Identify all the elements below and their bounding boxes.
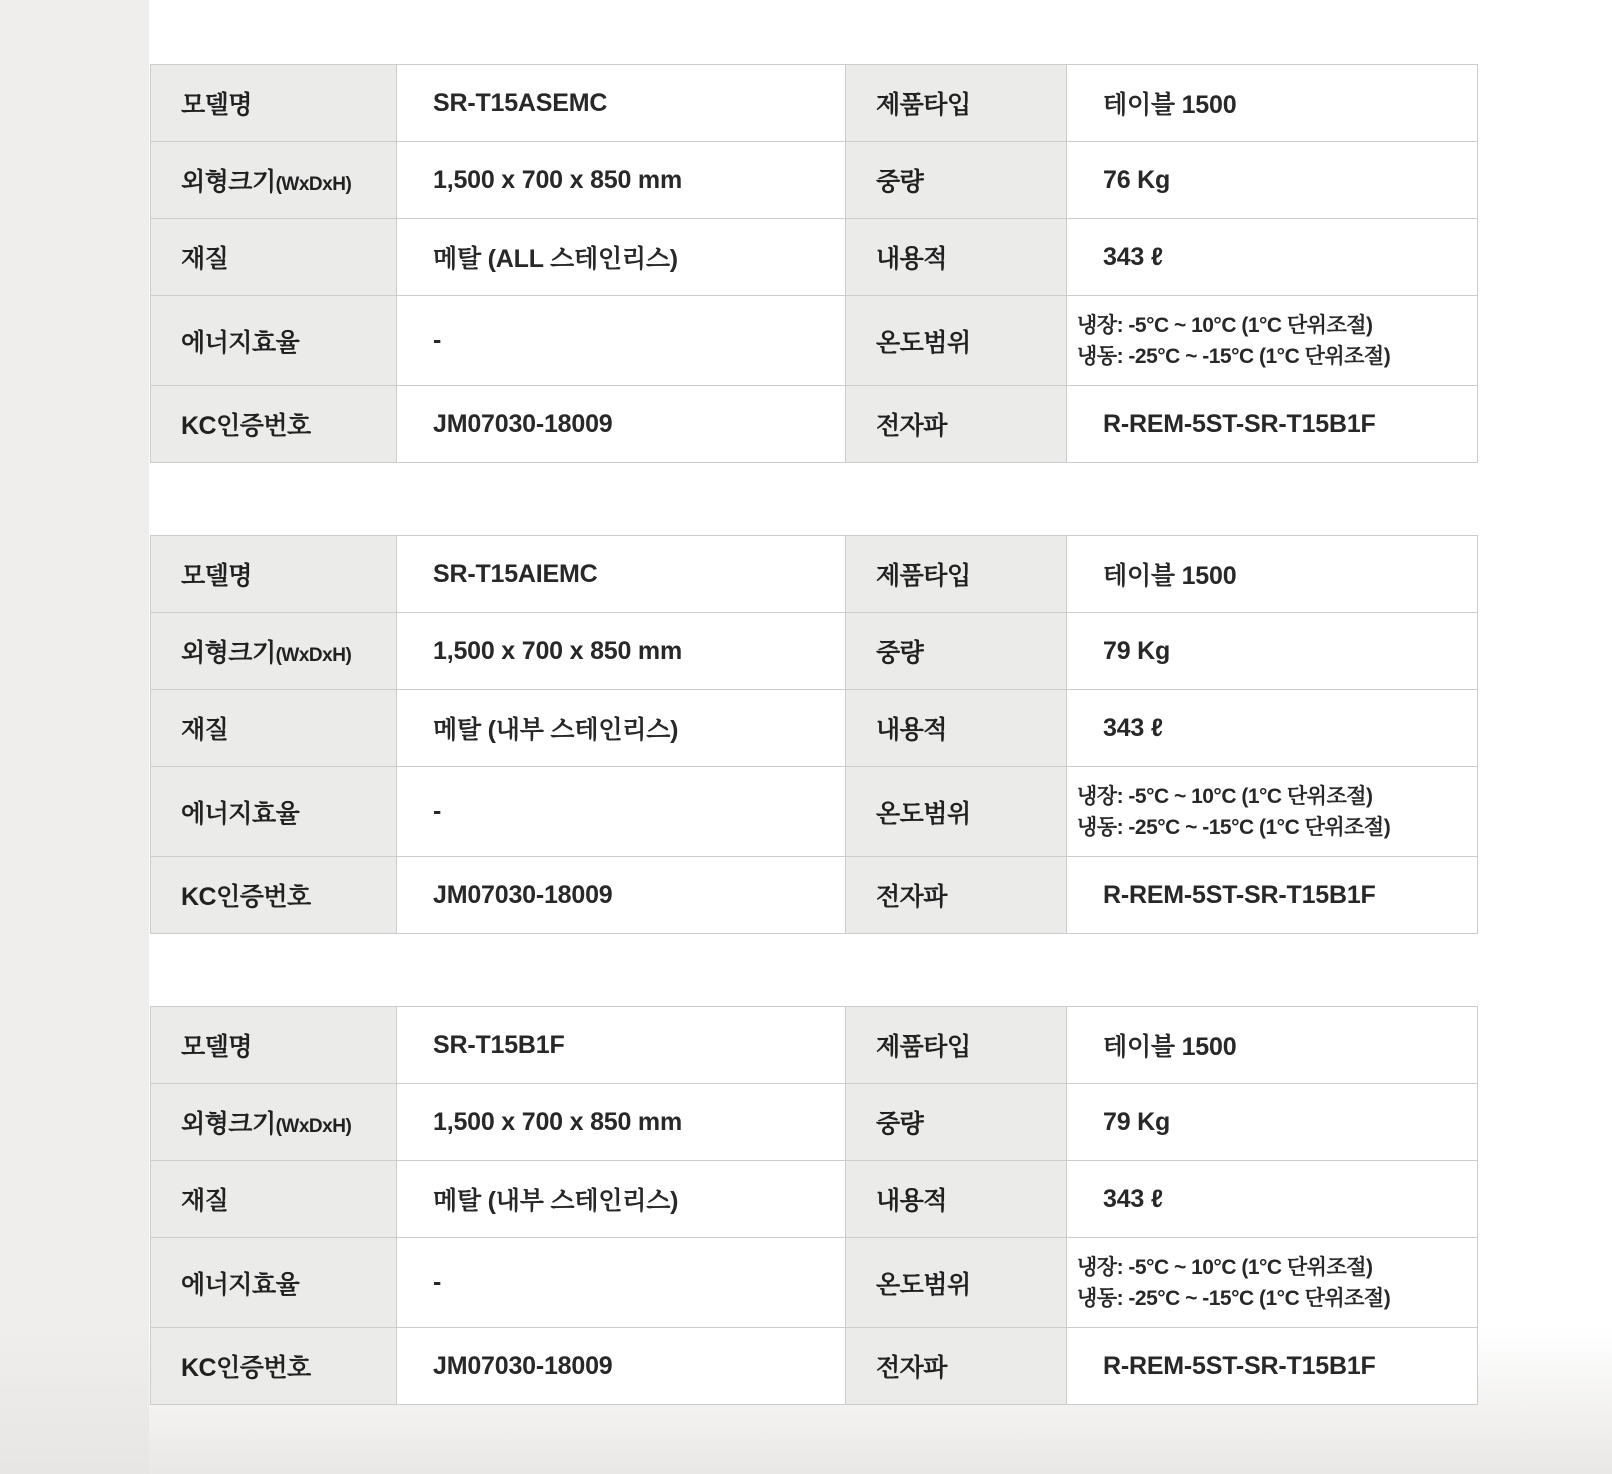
- row-label: KC인증번호: [181, 883, 311, 911]
- spec-label-cell: 모델명: [151, 1007, 397, 1084]
- spec-value-cell: 1,500 x 700 x 850 mm: [397, 142, 846, 219]
- spec-row: 재질메탈 (ALL 스테인리스)내용적343 ℓ: [151, 219, 1478, 296]
- spec-row: 재질메탈 (내부 스테인리스)내용적343 ℓ: [151, 1161, 1478, 1238]
- spec-table: 모델명SR-T15ASEMC제품타입테이블 1500외형크기(WxDxH)1,5…: [150, 64, 1478, 463]
- row-label: 전자파: [876, 412, 947, 440]
- spec-label-cell: KC인증번호: [151, 386, 397, 463]
- row-label: KC인증번호: [181, 412, 311, 440]
- spec-value-cell: 테이블 1500: [1067, 536, 1478, 613]
- spec-label-cell: 중량: [846, 1084, 1067, 1161]
- row-label: 제품타입: [876, 91, 971, 119]
- row-label-note: (WxDxH): [276, 1116, 352, 1137]
- row-label: 재질: [181, 716, 228, 744]
- spec-value-cell: -: [397, 767, 846, 857]
- spec-label-cell: 재질: [151, 690, 397, 767]
- row-label: 전자파: [876, 1354, 947, 1382]
- spec-row: 외형크기(WxDxH)1,500 x 700 x 850 mm중량76 Kg: [151, 142, 1478, 219]
- row-label: 온도범위: [876, 1271, 971, 1299]
- spec-label-cell: 에너지효율: [151, 296, 397, 386]
- spec-value-cell: 1,500 x 700 x 850 mm: [397, 1084, 846, 1161]
- spec-value-cell: 테이블 1500: [1067, 1007, 1478, 1084]
- row-label: 제품타입: [876, 562, 971, 590]
- spec-value-cell: 메탈 (내부 스테인리스): [397, 690, 846, 767]
- row-label: 중량: [876, 1110, 923, 1138]
- spec-value-cell: 메탈 (내부 스테인리스): [397, 1161, 846, 1238]
- spec-label-cell: 에너지효율: [151, 1238, 397, 1328]
- spec-label-cell: 재질: [151, 219, 397, 296]
- row-label: 에너지효율: [181, 1271, 299, 1299]
- spec-row: 에너지효율-온도범위냉장: -5°C ~ 10°C (1°C 단위조절)냉동: …: [151, 1238, 1478, 1328]
- row-label: 재질: [181, 245, 228, 273]
- spec-label-cell: 내용적: [846, 219, 1067, 296]
- spec-value-cell: 메탈 (ALL 스테인리스): [397, 219, 846, 296]
- page-background: { "colors": { "label_cell_bg": "#ebebea"…: [0, 0, 1612, 1474]
- spec-value-cell: JM07030-18009: [397, 1328, 846, 1405]
- spec-value-cell: 343 ℓ: [1067, 219, 1478, 296]
- spec-table: 모델명SR-T15AIEMC제품타입테이블 1500외형크기(WxDxH)1,5…: [150, 535, 1478, 934]
- row-label: 내용적: [876, 245, 947, 273]
- row-label-note: (WxDxH): [276, 174, 352, 195]
- spec-label-cell: 온도범위: [846, 1238, 1067, 1328]
- row-label: 온도범위: [876, 329, 971, 357]
- row-label: 모델명: [181, 1033, 252, 1061]
- row-label: 모델명: [181, 562, 252, 590]
- spec-row: 에너지효율-온도범위냉장: -5°C ~ 10°C (1°C 단위조절)냉동: …: [151, 767, 1478, 857]
- spec-value-cell: JM07030-18009: [397, 857, 846, 934]
- spec-row: 모델명SR-T15B1F제품타입테이블 1500: [151, 1007, 1478, 1084]
- spec-value-cell: 79 Kg: [1067, 1084, 1478, 1161]
- spec-value-cell: R-REM-5ST-SR-T15B1F: [1067, 386, 1478, 463]
- row-label: KC인증번호: [181, 1354, 311, 1382]
- spec-value-cell: 냉장: -5°C ~ 10°C (1°C 단위조절)냉동: -25°C ~ -1…: [1067, 767, 1478, 857]
- row-label: 외형크기: [181, 1110, 276, 1138]
- spec-value-cell: R-REM-5ST-SR-T15B1F: [1067, 1328, 1478, 1405]
- spec-row: 외형크기(WxDxH)1,500 x 700 x 850 mm중량79 Kg: [151, 1084, 1478, 1161]
- temp-range-line: 냉장: -5°C ~ 10°C (1°C 단위조절): [1077, 1252, 1469, 1283]
- spec-label-cell: 제품타입: [846, 65, 1067, 142]
- spec-value-cell: 79 Kg: [1067, 613, 1478, 690]
- row-label: 제품타입: [876, 1033, 971, 1061]
- temp-range-line: 냉동: -25°C ~ -15°C (1°C 단위조절): [1077, 812, 1469, 843]
- row-label: 전자파: [876, 883, 947, 911]
- spec-table: 모델명SR-T15B1F제품타입테이블 1500외형크기(WxDxH)1,500…: [150, 1006, 1478, 1405]
- spec-label-cell: 중량: [846, 613, 1067, 690]
- row-label: 외형크기: [181, 639, 276, 667]
- spec-value-cell: SR-T15AIEMC: [397, 536, 846, 613]
- spec-label-cell: 내용적: [846, 1161, 1067, 1238]
- spec-value-cell: 76 Kg: [1067, 142, 1478, 219]
- row-label: 외형크기: [181, 168, 276, 196]
- spec-label-cell: 온도범위: [846, 767, 1067, 857]
- spec-value-cell: 1,500 x 700 x 850 mm: [397, 613, 846, 690]
- spec-label-cell: 중량: [846, 142, 1067, 219]
- spec-value-cell: 테이블 1500: [1067, 65, 1478, 142]
- spec-row: KC인증번호JM07030-18009전자파R-REM-5ST-SR-T15B1…: [151, 1328, 1478, 1405]
- row-label: 재질: [181, 1187, 228, 1215]
- spec-label-cell: 온도범위: [846, 296, 1067, 386]
- row-label: 에너지효율: [181, 329, 299, 357]
- row-label: 에너지효율: [181, 800, 299, 828]
- row-label: 중량: [876, 168, 923, 196]
- spec-value-cell: -: [397, 1238, 846, 1328]
- row-label: 내용적: [876, 716, 947, 744]
- temp-range-line: 냉동: -25°C ~ -15°C (1°C 단위조절): [1077, 341, 1469, 372]
- row-label: 온도범위: [876, 800, 971, 828]
- spec-label-cell: 에너지효율: [151, 767, 397, 857]
- spec-value-cell: SR-T15ASEMC: [397, 65, 846, 142]
- spec-row: KC인증번호JM07030-18009전자파R-REM-5ST-SR-T15B1…: [151, 386, 1478, 463]
- spec-label-cell: 전자파: [846, 1328, 1067, 1405]
- row-label: 모델명: [181, 91, 252, 119]
- temp-range-line: 냉장: -5°C ~ 10°C (1°C 단위조절): [1077, 310, 1469, 341]
- spec-row: 모델명SR-T15ASEMC제품타입테이블 1500: [151, 65, 1478, 142]
- spec-label-cell: 재질: [151, 1161, 397, 1238]
- spec-value-cell: 냉장: -5°C ~ 10°C (1°C 단위조절)냉동: -25°C ~ -1…: [1067, 296, 1478, 386]
- spec-value-cell: SR-T15B1F: [397, 1007, 846, 1084]
- row-label: 중량: [876, 639, 923, 667]
- spec-value-cell: 냉장: -5°C ~ 10°C (1°C 단위조절)냉동: -25°C ~ -1…: [1067, 1238, 1478, 1328]
- spec-label-cell: KC인증번호: [151, 1328, 397, 1405]
- spec-label-cell: 내용적: [846, 690, 1067, 767]
- spec-label-cell: 전자파: [846, 386, 1067, 463]
- spec-label-cell: 외형크기(WxDxH): [151, 613, 397, 690]
- spec-label-cell: 모델명: [151, 536, 397, 613]
- spec-row: 재질메탈 (내부 스테인리스)내용적343 ℓ: [151, 690, 1478, 767]
- spec-row: 모델명SR-T15AIEMC제품타입테이블 1500: [151, 536, 1478, 613]
- spec-value-cell: 343 ℓ: [1067, 690, 1478, 767]
- spec-label-cell: 제품타입: [846, 1007, 1067, 1084]
- spec-value-cell: -: [397, 296, 846, 386]
- spec-label-cell: 외형크기(WxDxH): [151, 142, 397, 219]
- spec-label-cell: KC인증번호: [151, 857, 397, 934]
- spec-label-cell: 모델명: [151, 65, 397, 142]
- spec-label-cell: 전자파: [846, 857, 1067, 934]
- temp-range-line: 냉장: -5°C ~ 10°C (1°C 단위조절): [1077, 781, 1469, 812]
- spec-value-cell: 343 ℓ: [1067, 1161, 1478, 1238]
- spec-row: 에너지효율-온도범위냉장: -5°C ~ 10°C (1°C 단위조절)냉동: …: [151, 296, 1478, 386]
- spec-row: 외형크기(WxDxH)1,500 x 700 x 850 mm중량79 Kg: [151, 613, 1478, 690]
- temp-range-line: 냉동: -25°C ~ -15°C (1°C 단위조절): [1077, 1283, 1469, 1314]
- spec-value-cell: R-REM-5ST-SR-T15B1F: [1067, 857, 1478, 934]
- spec-label-cell: 외형크기(WxDxH): [151, 1084, 397, 1161]
- spec-row: KC인증번호JM07030-18009전자파R-REM-5ST-SR-T15B1…: [151, 857, 1478, 934]
- spec-value-cell: JM07030-18009: [397, 386, 846, 463]
- row-label: 내용적: [876, 1187, 947, 1215]
- spec-tables-container: 모델명SR-T15ASEMC제품타입테이블 1500외형크기(WxDxH)1,5…: [0, 0, 1612, 1405]
- row-label-note: (WxDxH): [276, 645, 352, 666]
- spec-label-cell: 제품타입: [846, 536, 1067, 613]
